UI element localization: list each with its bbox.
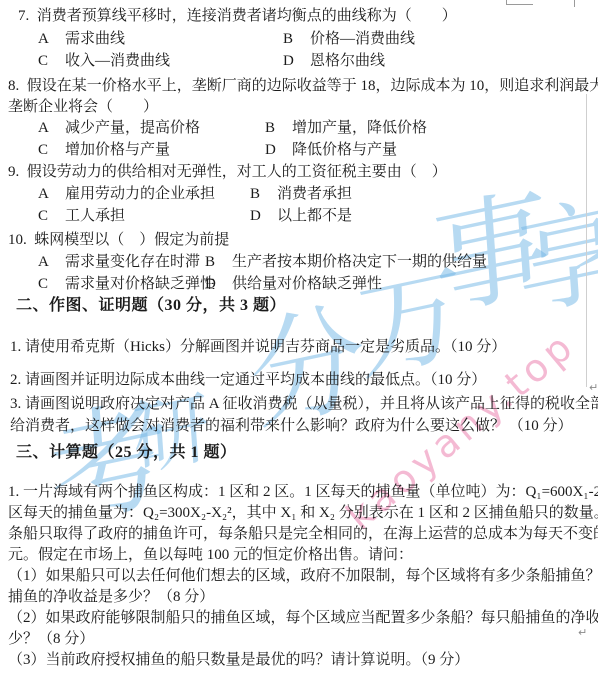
- option-text: 以上都不是: [277, 208, 352, 224]
- option-label: A: [38, 184, 65, 204]
- option-text: 需求量变化存在时滞: [65, 254, 200, 270]
- section-3-subquestion-2: 少？（8 分）: [8, 629, 94, 649]
- section-3-subquestion-2: （2）如果政府能够限制船只的捕鱼区域，每个区域应当配置多少条船？每只船捕鱼的净收…: [8, 608, 598, 628]
- option-text: 减少产量，提高价格: [65, 120, 200, 136]
- question-9-options-row: A雇用劳动力的企业承担 B消费者承担: [38, 184, 352, 204]
- option-label: C: [38, 274, 65, 294]
- section-3-subquestion-3: （3）当前政府授权捕鱼的船只数量是最优的吗？请计算说明。（9 分）: [8, 650, 469, 670]
- option-b: B消费者承担: [250, 184, 352, 204]
- option-d: D以上都不是: [250, 206, 352, 226]
- option-label: D: [250, 206, 277, 226]
- section-3-problem-line: 1. 一片海域有两个捕鱼区构成：1 区和 2 区。1 区每天的捕鱼量（单位吨）为…: [8, 482, 598, 502]
- question-10-options-row: C需求量对价格缺乏弹性 D供给量对价格缺乏弹性: [38, 274, 382, 294]
- option-text: 增加价格与产量: [65, 142, 170, 158]
- option-c: C需求量对价格缺乏弹性: [38, 274, 205, 294]
- option-text: 价格—消费曲线: [310, 31, 415, 47]
- option-label: B: [265, 118, 292, 138]
- table-border-artifact: [506, 0, 533, 5]
- option-text: 雇用劳动力的企业承担: [65, 186, 215, 202]
- option-label: C: [38, 206, 65, 226]
- section-2-item-3: 3. 请画图说明政府决定对产品 A 征收消费税（从量税），并且将从该产品上征得的…: [10, 394, 598, 414]
- section-2-item-2: 2. 请画图并证明边际成本曲线一定通过平均成本曲线的最低点。（10 分）: [10, 370, 486, 390]
- section-2-heading: 二、作图、证明题（30 分，共 3 题）: [16, 296, 286, 316]
- option-label: D: [205, 274, 232, 294]
- option-d: D恩格尔曲线: [283, 51, 385, 71]
- option-label: D: [283, 51, 310, 71]
- option-label: A: [38, 29, 65, 49]
- text-boundary-line: [586, 94, 587, 387]
- option-label: D: [265, 140, 292, 160]
- section-3-heading: 三、计算题（25 分，共 1 题）: [16, 443, 237, 463]
- section-2-item-1: 1. 请使用希克斯（Hicks）分解画图并说明吉芬商品一定是劣质品。（10 分）: [10, 337, 506, 357]
- question-9-options-row: C工人承担 D以上都不是: [38, 206, 352, 226]
- option-a: A需求量变化存在时滞: [38, 252, 205, 272]
- option-a: A需求曲线: [38, 29, 283, 49]
- option-label: B: [205, 252, 232, 272]
- option-text: 恩格尔曲线: [310, 53, 385, 69]
- option-b: B生产者按本期价格决定下一期的供给量: [205, 252, 487, 272]
- option-label: B: [283, 29, 310, 49]
- question-10-stem: 10. 蛛网模型以（ ）假定为前提: [8, 230, 229, 250]
- option-label: A: [38, 118, 65, 138]
- section-3-subquestion-1: 捕鱼的净收益是多少？（8 分）: [8, 587, 214, 607]
- option-text: 供给量对价格缺乏弹性: [232, 276, 382, 292]
- question-8-options-row: A减少产量，提高价格 B增加产量，降低价格: [38, 118, 427, 138]
- exam-document-page: 考 研 分 万 事 享 kaoyany.top ↵ ↵ 7. 消费者预算线平移时…: [0, 0, 598, 675]
- section-3-problem-line: 条船只取得了政府的捕鱼许可，每条船只是完全相同的，在海上运营的总成本为每天不变的…: [8, 524, 598, 544]
- question-7-options-row: C收入—消费曲线 D恩格尔曲线: [38, 51, 385, 71]
- section-2-item-3: 给消费者，这样做会对消费者的福利带来什么影响？政府为什么要这么做？ （10 分）: [10, 416, 573, 436]
- option-d: D供给量对价格缺乏弹性: [205, 274, 382, 294]
- table-border-artifact: [574, 0, 575, 7]
- question-7-options-row: A需求曲线 B价格—消费曲线: [38, 29, 415, 49]
- option-c: C工人承担: [38, 206, 250, 226]
- option-a: A雇用劳动力的企业承担: [38, 184, 250, 204]
- option-a: A减少产量，提高价格: [38, 118, 265, 138]
- section-3-problem-line: 区每天的捕鱼量为：Q₂=300X₂-X₂²，其中 X₁ 和 X₂ 分别表示在 1…: [8, 503, 598, 523]
- paragraph-mark: ↵: [589, 381, 598, 394]
- option-text: 生产者按本期价格决定下一期的供给量: [232, 254, 487, 270]
- option-text: 消费者承担: [277, 186, 352, 202]
- option-b: B增加产量，降低价格: [265, 118, 427, 138]
- question-8-stem: 垄断企业将会（ ）: [8, 97, 158, 117]
- option-text: 需求曲线: [65, 31, 125, 47]
- option-c: C增加价格与产量: [38, 140, 265, 160]
- question-9-stem: 9. 假设劳动力的供给相对无弹性，对工人的工资征税主要由（ ）: [8, 162, 447, 182]
- question-8-options-row: C增加价格与产量 D降低价格与产量: [38, 140, 397, 160]
- option-text: 需求量对价格缺乏弹性: [65, 276, 215, 292]
- option-text: 工人承担: [65, 208, 125, 224]
- option-c: C收入—消费曲线: [38, 51, 283, 71]
- question-7-stem: 7. 消费者预算线平移时，连接消费者诸均衡点的曲线称为（ ）: [18, 6, 457, 26]
- option-text: 增加产量，降低价格: [292, 120, 427, 136]
- option-d: D降低价格与产量: [265, 140, 397, 160]
- option-label: C: [38, 51, 65, 71]
- option-label: C: [38, 140, 65, 160]
- option-label: B: [250, 184, 277, 204]
- section-3-subquestion-1: （1）如果船只可以去任何他们想去的区域，政府不加限制，每个区域将有多少条船捕鱼？…: [8, 566, 598, 586]
- option-text: 降低价格与产量: [292, 142, 397, 158]
- question-8-stem: 8. 假设在某一价格水平上，垄断厂商的边际收益等于 18，边际成本为 10，则追…: [8, 76, 598, 96]
- option-b: B价格—消费曲线: [283, 29, 415, 49]
- section-3-problem-line: 元。假定在市场上，鱼以每吨 100 元的恒定价格出售。请问：: [8, 545, 413, 565]
- option-text: 收入—消费曲线: [65, 53, 170, 69]
- option-label: A: [38, 252, 65, 272]
- question-10-options-row: A需求量变化存在时滞 B生产者按本期价格决定下一期的供给量: [38, 252, 487, 272]
